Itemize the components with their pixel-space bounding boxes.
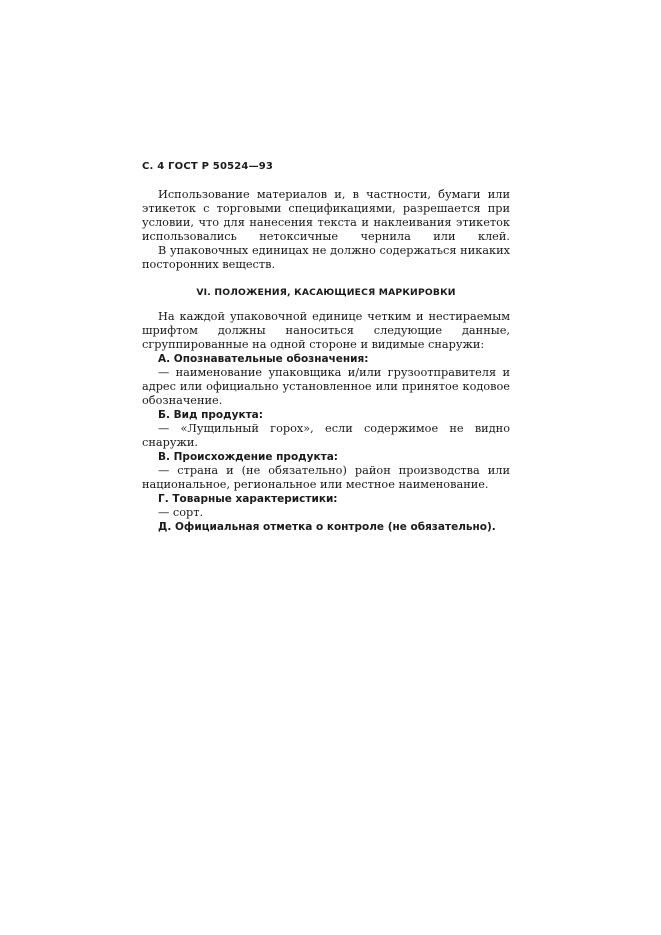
item-heading-commercial: Г. Товарные характеристики:: [142, 492, 510, 506]
paragraph-materials: Использование материалов и, в частности,…: [142, 188, 510, 244]
item-heading-origin: В. Происхождение продукта:: [142, 450, 510, 464]
item-heading-identification: А. Опознавательные обозначения:: [142, 352, 510, 366]
running-head: С. 4 ГОСТ Р 50524—93: [142, 160, 510, 174]
item-heading-control-mark: Д. Официальная отметка о контроле (не об…: [142, 520, 510, 534]
section-lead-paragraph: На каждой упаковочной единице четким и н…: [142, 310, 510, 352]
item-text-identification: — наименование упаковщика и/или грузоотп…: [142, 366, 510, 408]
item-text-product-type: — «Лущильный горох», если содержимое не …: [142, 422, 510, 450]
document-page: С. 4 ГОСТ Р 50524—93 Использование матер…: [142, 160, 510, 534]
item-text-origin: — страна и (не обязательно) район произв…: [142, 464, 510, 492]
paragraph-foreign-substances: В упаковочных единицах не должно содержа…: [142, 244, 510, 272]
item-text-commercial: — сорт.: [142, 506, 510, 520]
section-title: VI. ПОЛОЖЕНИЯ, КАСАЮЩИЕСЯ МАРКИРОВКИ: [142, 286, 510, 300]
item-heading-product-type: Б. Вид продукта:: [142, 408, 510, 422]
